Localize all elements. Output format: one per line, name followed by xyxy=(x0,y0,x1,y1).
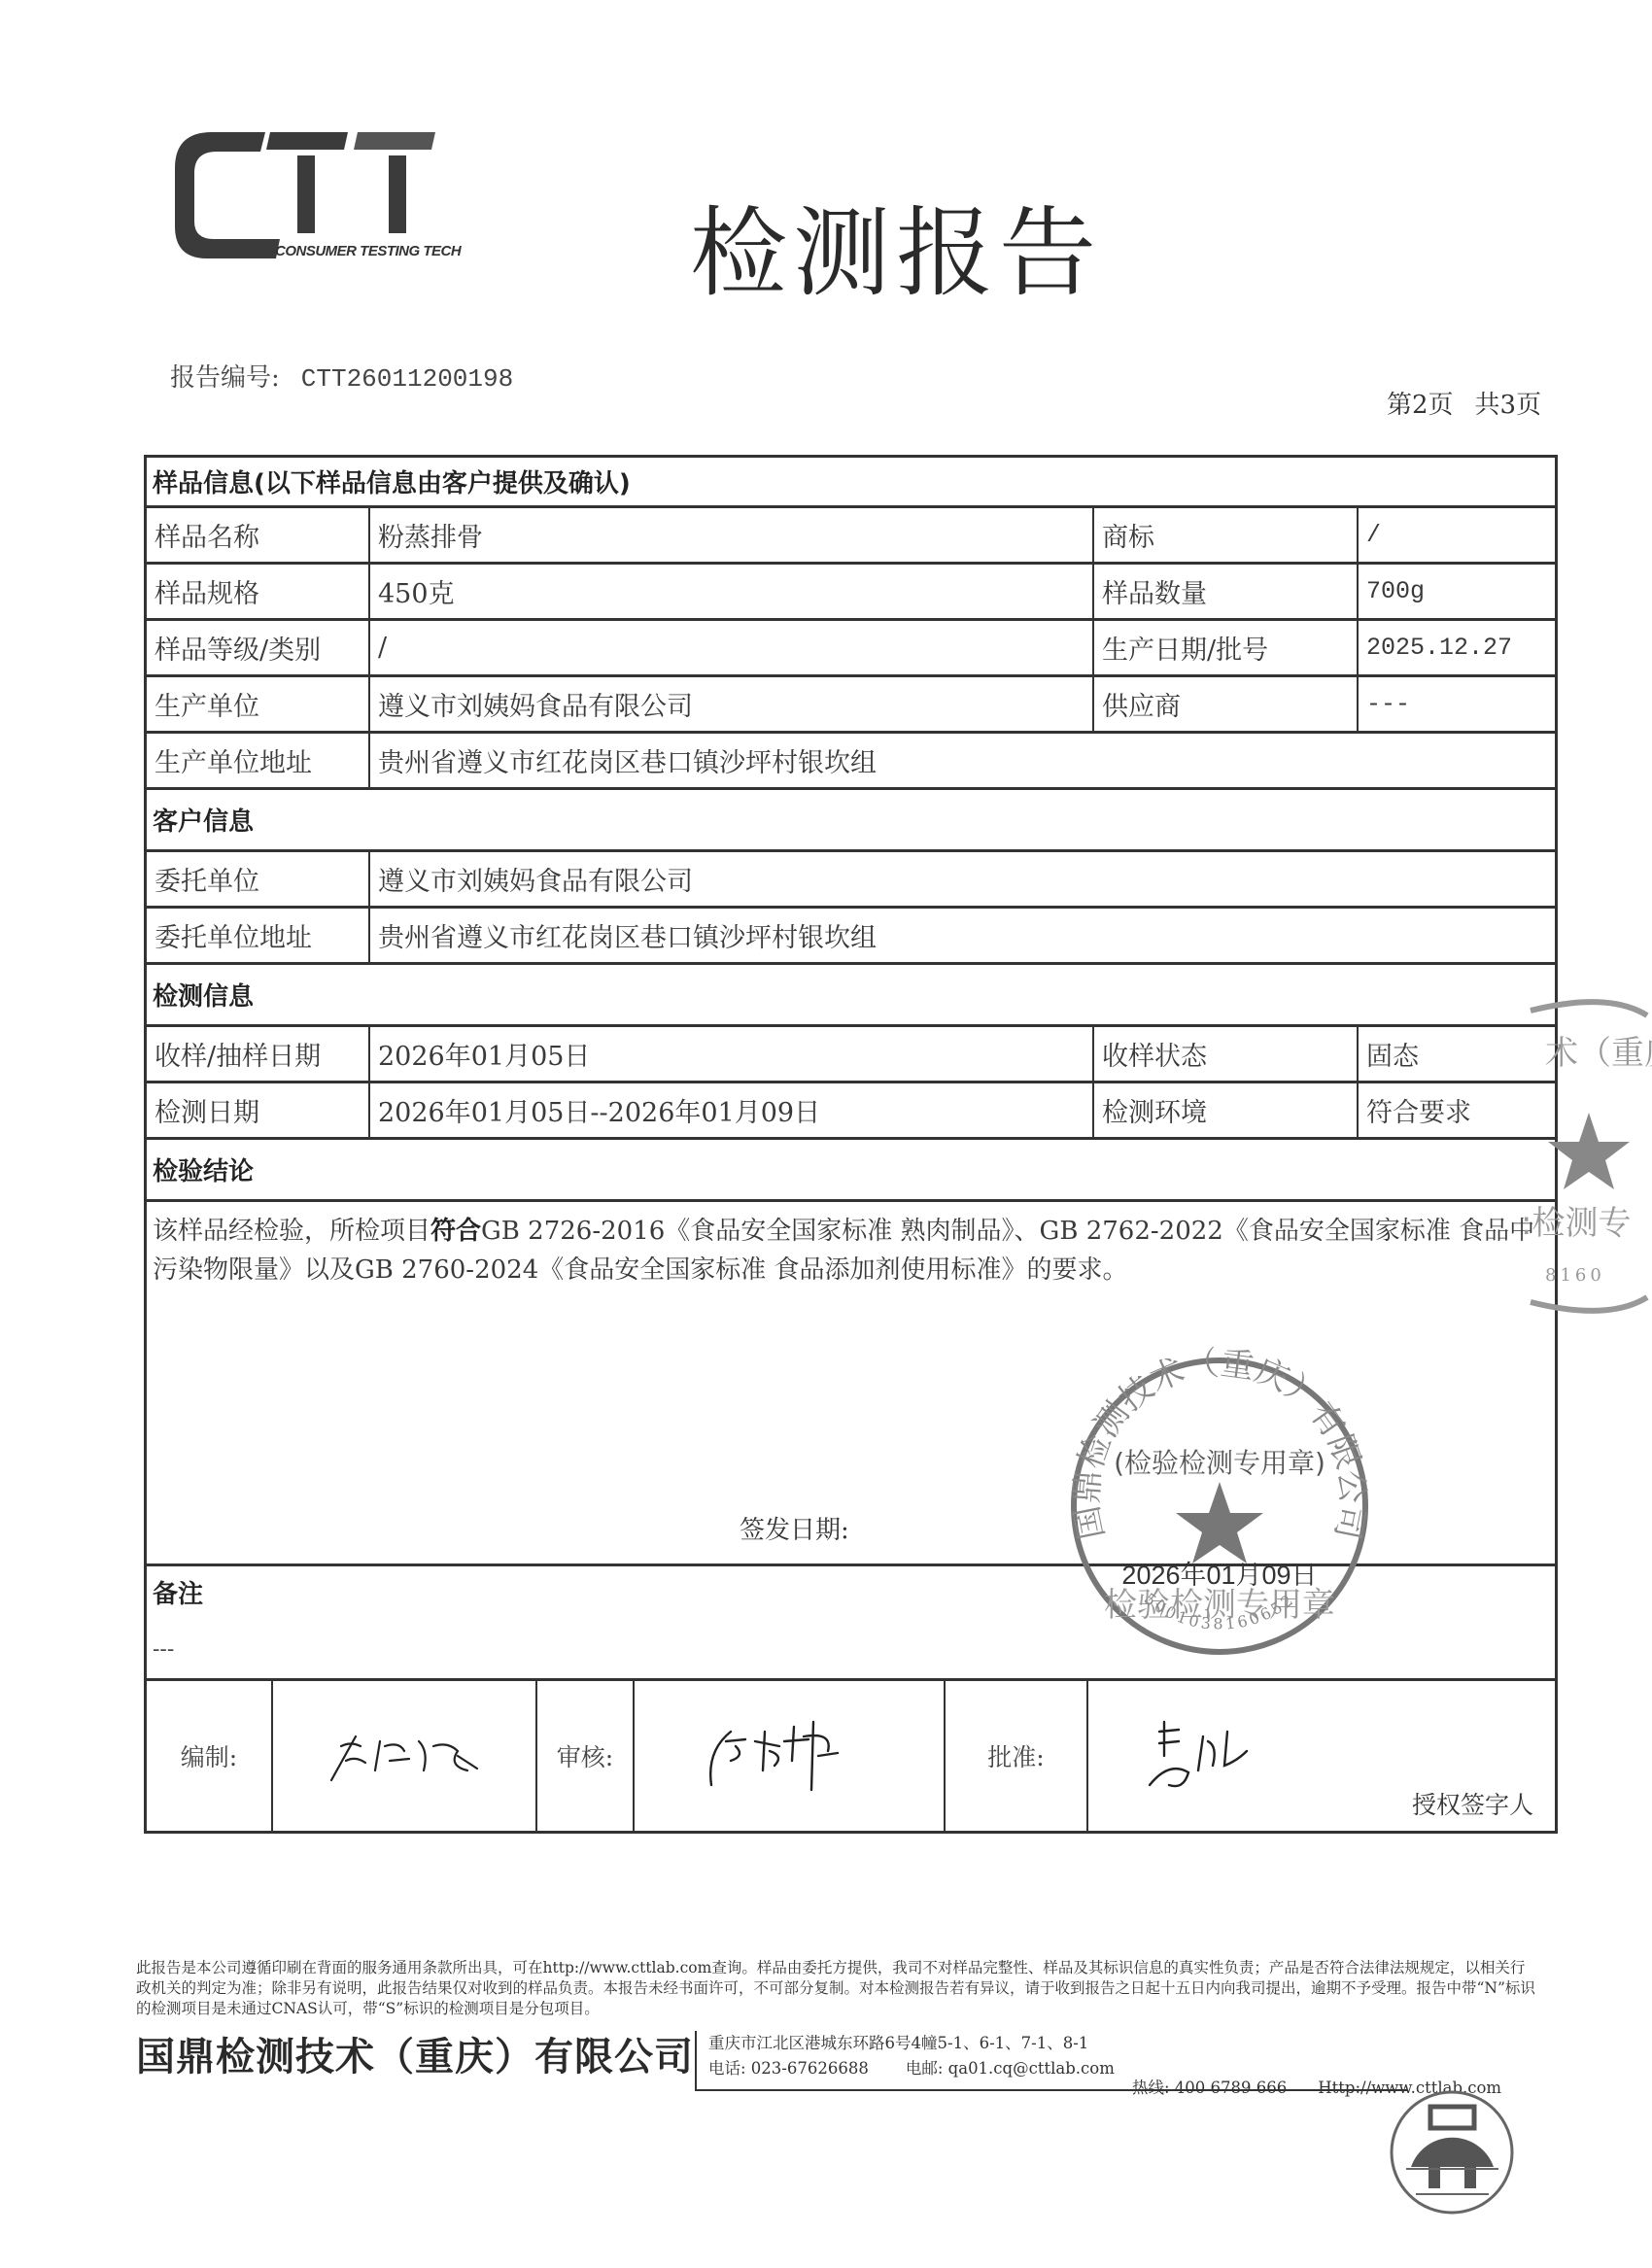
field-value: 贵州省遵义市红花岗区巷口镇沙坪村银坎组 xyxy=(370,909,1555,962)
compiled-signature xyxy=(273,1681,537,1831)
section-title: 检验结论 xyxy=(147,1140,1555,1199)
field-label: 商标 xyxy=(1094,508,1359,562)
field-value: 450克 xyxy=(370,565,1094,618)
company-hotline: 热线: 400 6789 666 xyxy=(1132,2079,1287,2097)
field-value: 粉蒸排骨 xyxy=(370,508,1094,562)
compiled-label-cell: 编制: xyxy=(147,1681,273,1831)
compiled-label: 编制: xyxy=(181,1738,237,1773)
company-address: 重庆市江北区港城东环路6号4幢5-1、6-1、7-1、8-1 xyxy=(708,2031,1408,2056)
company-phone: 电话: 023-67626688 xyxy=(708,2059,869,2078)
reviewed-signature xyxy=(635,1681,946,1831)
table-row: 收样/抽样日期 2026年01月05日 收样状态 固态 xyxy=(147,1027,1555,1083)
field-value: 700g xyxy=(1359,565,1555,618)
svg-text:术（重庆: 术（重庆 xyxy=(1545,1034,1652,1073)
page-title: 检测报告 xyxy=(690,175,1102,315)
table-row: 委托单位地址 贵州省遵义市红花岗区巷口镇沙坪村银坎组 xyxy=(147,909,1555,965)
field-value: 2025.12.27 xyxy=(1359,621,1555,674)
page-total: 共3页 xyxy=(1475,391,1542,420)
field-label: 样品名称 xyxy=(147,508,370,562)
field-label: 供应商 xyxy=(1094,677,1359,731)
company-name: 国鼎检测技术（重庆）有限公司 xyxy=(136,2026,694,2081)
ding-emblem-icon xyxy=(1382,2079,1523,2225)
reviewed-label-cell: 审核: xyxy=(537,1681,635,1831)
table-row: 检测日期 2026年01月05日--2026年01月09日 检测环境 符合要求 xyxy=(147,1083,1555,1140)
section-sample-info: 样品信息(以下样品信息由客户提供及确认) xyxy=(147,458,1555,508)
field-label: 收样/抽样日期 xyxy=(147,1027,370,1081)
section-test-info: 检测信息 xyxy=(147,965,1555,1027)
report-number-label: 报告编号: xyxy=(170,363,280,393)
svg-text::检测专: :检测专 xyxy=(1521,1204,1631,1243)
table-row: 委托单位 遵义市刘姨妈食品有限公司 xyxy=(147,852,1555,909)
field-label: 委托单位地址 xyxy=(147,909,370,962)
field-label: 检测日期 xyxy=(147,1083,370,1137)
approved-label: 批准: xyxy=(987,1738,1044,1773)
table-row: 样品名称 粉蒸排骨 商标 / xyxy=(147,508,1555,565)
page-current: 第2页 xyxy=(1387,391,1454,420)
field-label: 样品规格 xyxy=(147,565,370,618)
report-number-value: CTT26011200198 xyxy=(301,364,513,394)
field-value: 2026年01月05日--2026年01月09日 xyxy=(370,1083,1094,1137)
logo-subtitle: CONSUMER TESTING TECH xyxy=(275,243,461,259)
field-label: 样品等级/类别 xyxy=(147,621,370,674)
approved-label-cell: 批准: xyxy=(946,1681,1088,1831)
table-row: 样品等级/类别 / 生产日期/批号 2025.12.27 xyxy=(147,621,1555,677)
conclusion-verdict: 符合 xyxy=(430,1217,481,1246)
field-label: 生产日期/批号 xyxy=(1094,621,1359,674)
handwritten-signature-icon xyxy=(687,1712,891,1800)
table-row: 生产单位地址 贵州省遵义市红花岗区巷口镇沙坪村银坎组 xyxy=(147,734,1555,790)
field-label: 委托单位 xyxy=(147,852,370,906)
authorized-signatory-label: 授权签字人 xyxy=(1412,1786,1533,1821)
svg-text:(检验检测专用章): (检验检测专用章) xyxy=(1114,1447,1325,1479)
inspection-seal-stamp: 国鼎检测技术（重庆）有限公司 (检验检测专用章) 检验检测专用章 5001038… xyxy=(1059,1346,1380,1667)
section-title: 客户信息 xyxy=(147,790,1555,849)
field-value: --- xyxy=(1359,677,1555,731)
report-number: 报告编号:CTT26011200198 xyxy=(170,358,513,394)
page-indicator: 第2页共3页 xyxy=(1387,385,1541,421)
field-value: 遵义市刘姨妈食品有限公司 xyxy=(370,677,1094,731)
field-label: 检测环境 xyxy=(1094,1083,1359,1137)
company-email[interactable]: 电邮: qa01.cq@cttlab.com xyxy=(906,2059,1115,2078)
field-label: 样品数量 xyxy=(1094,565,1359,618)
field-value: / xyxy=(1359,508,1555,562)
section-conclusion: 检验结论 xyxy=(147,1140,1555,1202)
section-title: 检测信息 xyxy=(147,965,1555,1024)
reviewed-label: 审核: xyxy=(557,1738,613,1773)
field-label: 生产单位 xyxy=(147,677,370,731)
field-value: 贵州省遵义市红花岗区巷口镇沙坪村银坎组 xyxy=(370,734,1555,787)
field-value: / xyxy=(370,621,1094,674)
disclaimer-text: 此报告是本公司遵循印刷在背面的服务通用条款所出具，可在http://www.ct… xyxy=(136,1958,1535,2019)
partial-seal-stamp: 术（重庆 :检测专 8160 xyxy=(1501,991,1652,1322)
table-row: 生产单位 遵义市刘姨妈食品有限公司 供应商 --- xyxy=(147,677,1555,734)
field-value: 遵义市刘姨妈食品有限公司 xyxy=(370,852,1555,906)
approved-signature: 授权签字人 xyxy=(1088,1681,1555,1831)
issue-date-label: 签发日期: xyxy=(740,1510,849,1546)
field-label: 收样状态 xyxy=(1094,1027,1359,1081)
table-row: 样品规格 450克 样品数量 700g xyxy=(147,565,1555,621)
handwritten-signature-icon xyxy=(312,1722,497,1790)
conclusion-text-before: 该样品经检验，所检项目 xyxy=(153,1217,430,1246)
conclusion-text: 该样品经检验，所检项目符合GB 2726-2016《食品安全国家标准 熟肉制品》… xyxy=(153,1212,1549,1289)
field-value: 2026年01月05日 xyxy=(370,1027,1094,1081)
svg-text:2026年01月09日: 2026年01月09日 xyxy=(1121,1561,1317,1590)
svg-text:8160: 8160 xyxy=(1545,1265,1605,1286)
signature-row: 编制: 审核: 批准: 授权签字人 xyxy=(147,1681,1555,1831)
field-label: 生产单位地址 xyxy=(147,734,370,787)
section-title: 样品信息(以下样品信息由客户提供及确认) xyxy=(147,458,1555,505)
handwritten-signature-icon xyxy=(1135,1712,1291,1800)
section-client-info: 客户信息 xyxy=(147,790,1555,852)
